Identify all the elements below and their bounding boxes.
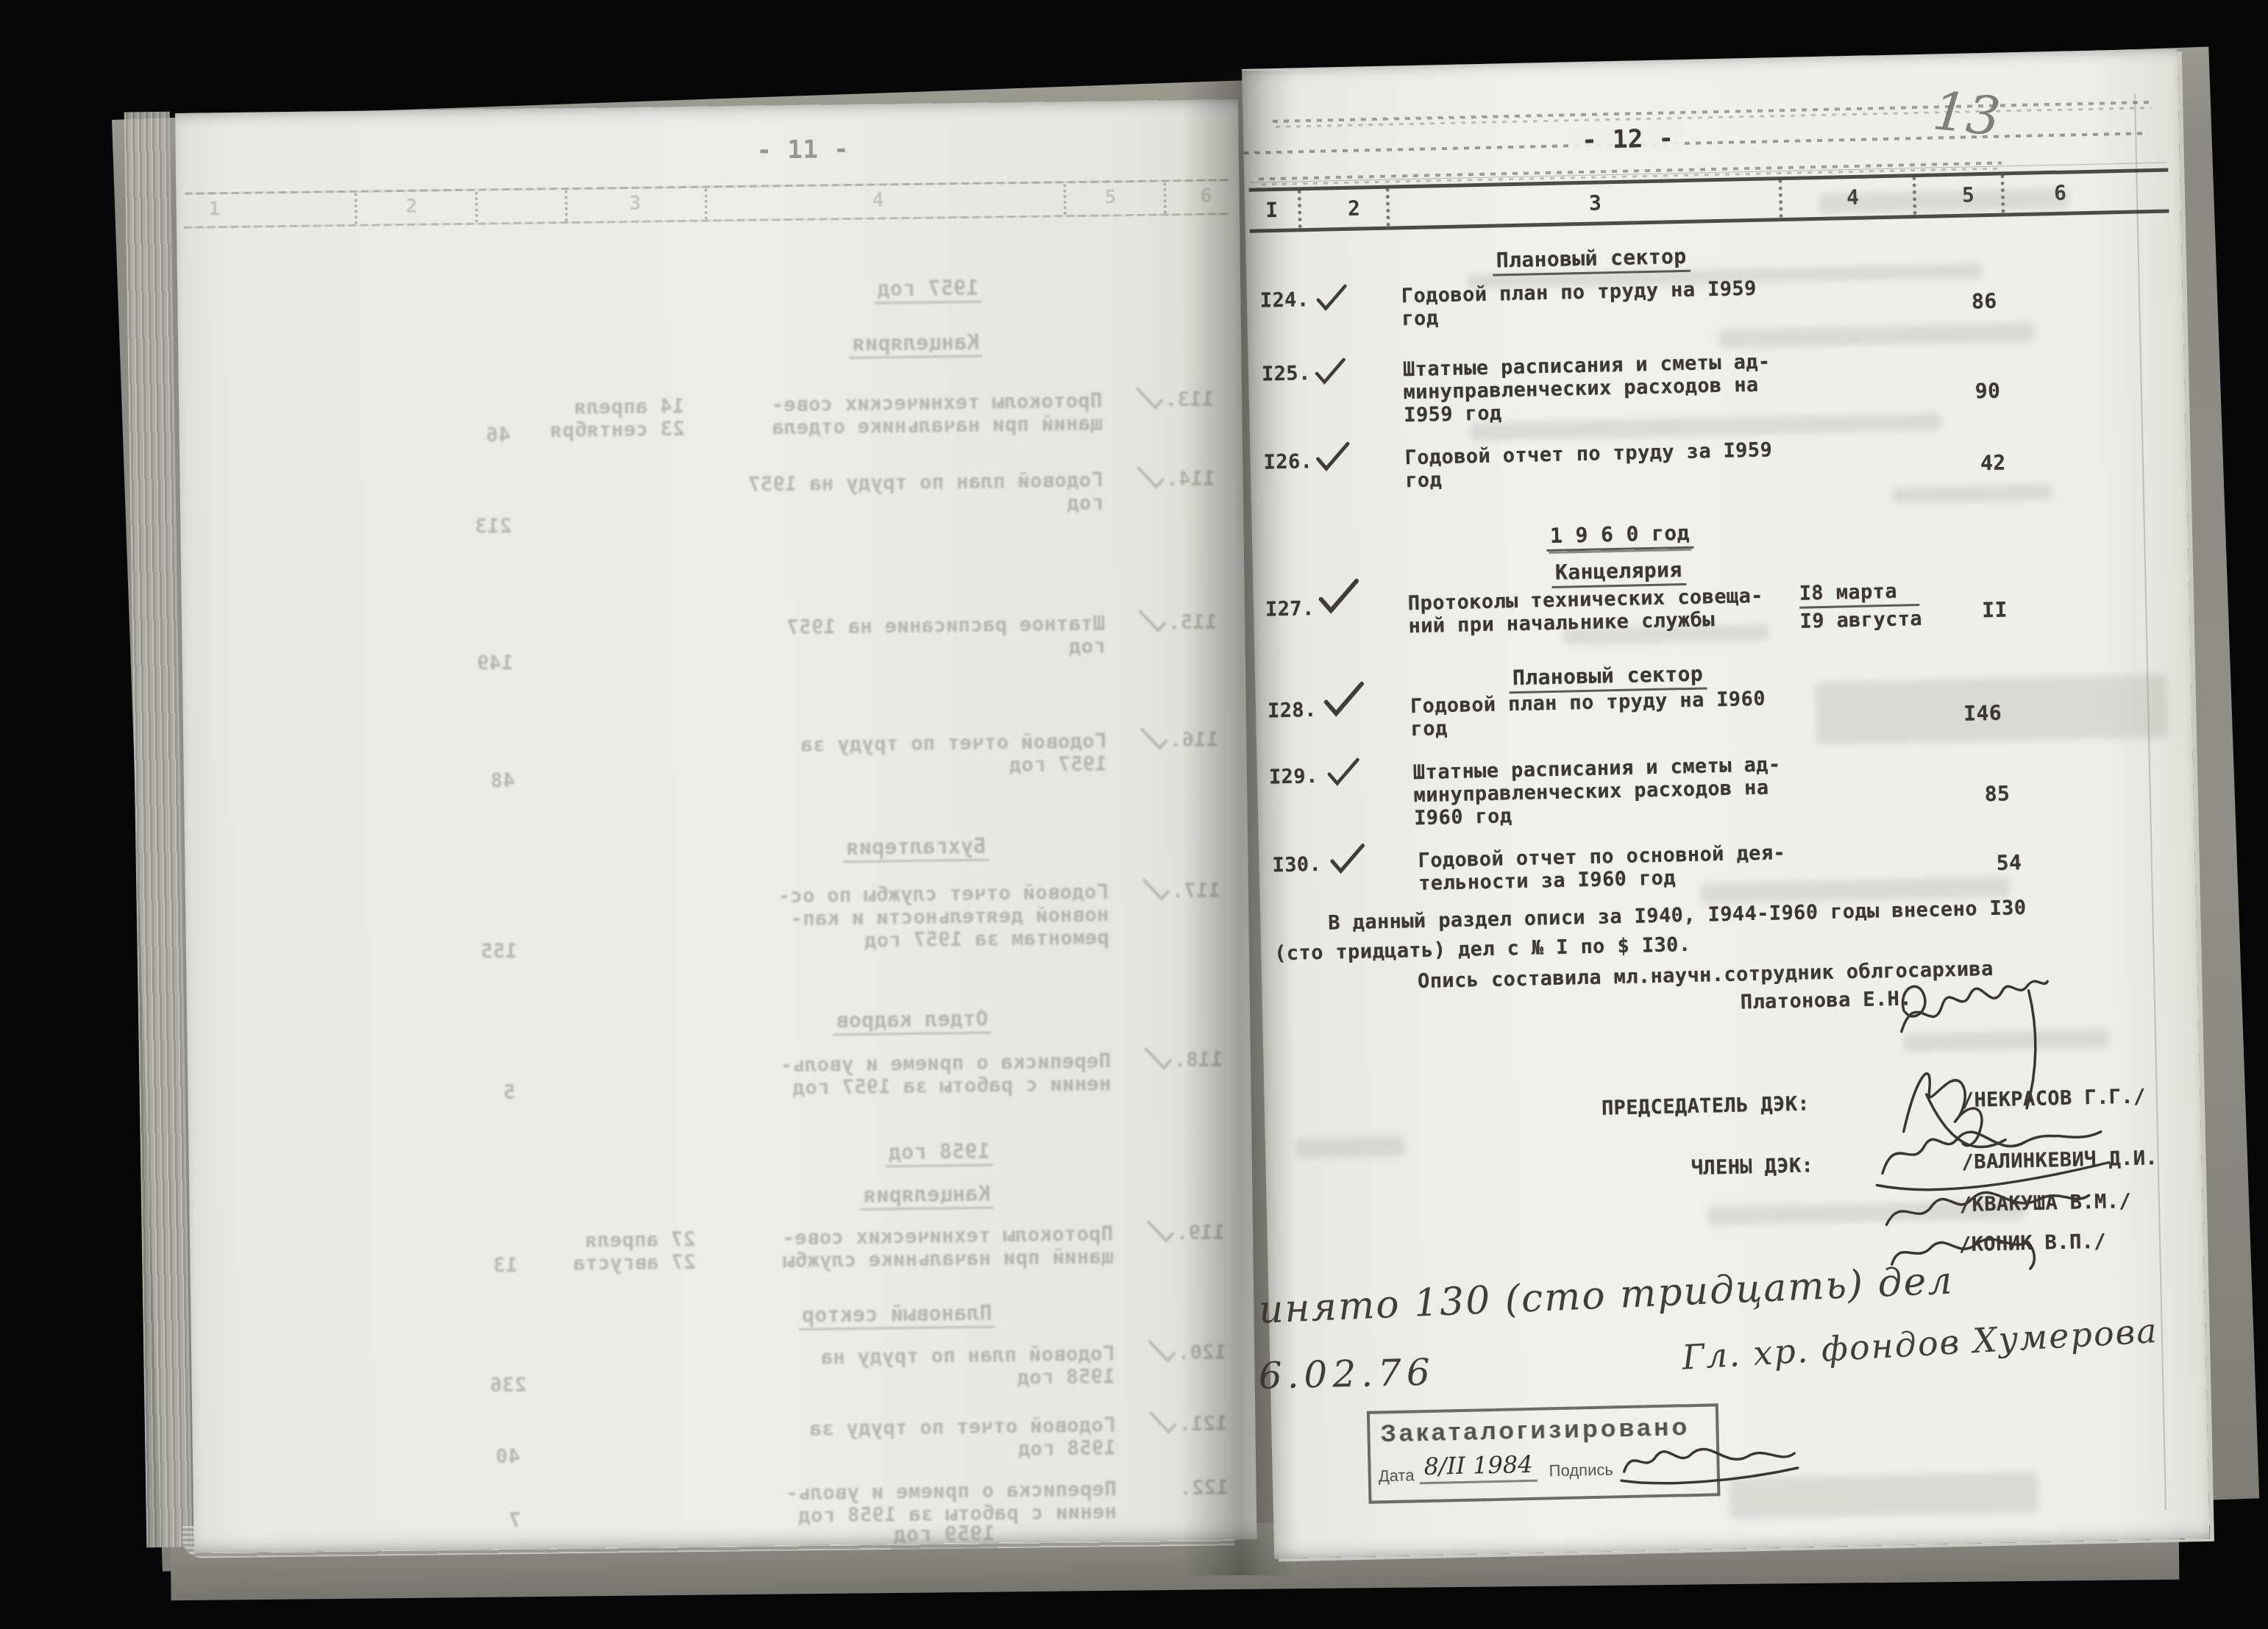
right-page-number: - 12 - — [1573, 127, 1683, 152]
ghost-entry-count: 155 — [480, 940, 517, 963]
check-mark — [1143, 1046, 1173, 1072]
book-gutter-shadow — [1181, 71, 1296, 1575]
column-header: 3 — [1589, 190, 1602, 215]
column-divider — [1778, 179, 1782, 218]
check-mark — [1318, 576, 1361, 616]
member-name: /КОНИК В.П./ — [1959, 1230, 2107, 1256]
entry-sheet-count: 85 — [1984, 782, 2010, 805]
check-mark — [1134, 385, 1164, 411]
entry-sheet-count: 42 — [1980, 451, 2006, 474]
ghost-entry-count: 46 — [486, 424, 511, 446]
ghost-entry-count: 40 — [495, 1445, 520, 1468]
ghost-entry-description: Штатное расписание на 1957 год — [693, 613, 1106, 663]
ghost-entry-count: 7 — [508, 1509, 521, 1532]
entry-description: Годовой отчет по труду за I959 год — [1404, 438, 1806, 492]
check-mark — [1137, 608, 1167, 634]
bleedthrough-smudge — [1819, 188, 2069, 214]
check-mark — [1315, 441, 1352, 472]
entry-date-over: I8 марта — [1799, 580, 1919, 609]
ghost-entry-count: 149 — [477, 652, 513, 675]
catalogued-stamp: Закаталогизировано Дата 8/II 1984 Подпис… — [1367, 1403, 1721, 1503]
check-mark — [1148, 1410, 1177, 1436]
entry-sheet-count: II — [1982, 598, 2008, 621]
stamp-date-value: 8/II 1984 — [1419, 1450, 1538, 1484]
stamp-date-label: Дата — [1379, 1466, 1415, 1486]
summary-line: В данный раздел описи за I940, I944-I960… — [1328, 897, 2027, 935]
bleedthrough-smudge — [1891, 484, 2053, 504]
entry-description: Штатные расписания и сметы ад- минуправл… — [1403, 349, 1805, 427]
typed-separator-row — [1273, 101, 2152, 129]
check-mark — [1323, 679, 1366, 719]
page-edge-line — [2134, 94, 2166, 1511]
entry-sheet-count: 86 — [1972, 290, 1997, 313]
ghost-entry-dates: 14 апреля 23 сентября — [550, 395, 685, 442]
compiler-name: Платонова Е.Н. — [1741, 987, 1913, 1013]
section-heading: Плановый сектор — [1492, 245, 1691, 277]
check-mark — [1329, 842, 1367, 875]
left-page: - 11 - 1 2 3 4 5 6 1957 год Канцелярия 1… — [175, 99, 1257, 1553]
ghost-section-heading: Канцелярия — [861, 1183, 994, 1211]
handwritten-accepted-note: инято 130 (сто тридцать) дел — [1258, 1258, 1955, 1332]
ghost-entry-description: Протоколы технических сове- щаний при на… — [701, 1222, 1114, 1273]
ghost-section-heading: Отдел кадров — [833, 1008, 992, 1036]
ghost-entry-description: Протоколы технических сове- щаний при на… — [690, 390, 1103, 441]
office-heading: Канцелярия — [1551, 558, 1686, 588]
check-mark — [1141, 877, 1170, 902]
entry-sheet-count: I46 — [1963, 702, 2002, 725]
entry-date-under: I9 августа — [1799, 607, 1922, 633]
ghost-entry-description: Годовой отчет по труду за 1957 год — [694, 730, 1107, 780]
bleedthrough-smudge — [1295, 1137, 1406, 1158]
ghost-year-heading: 1959 год — [890, 1522, 998, 1550]
ghost-section-heading: Канцелярия — [849, 331, 982, 359]
scanned-book-spread: - 11 - 1 2 3 4 5 6 1957 год Канцелярия 1… — [0, 0, 2268, 1629]
ghost-entry-count: 48 — [490, 769, 515, 792]
bleedthrough-smudge — [1718, 323, 2035, 349]
year-heading: 1 9 6 0 год — [1546, 521, 1694, 552]
ghost-entry-description: Переписка о приеме и уволь- нении с рабо… — [704, 1477, 1117, 1528]
right-page: - 12 - 13 I 2 3 4 5 6 Плановый сектор I2 — [1242, 49, 2210, 1558]
entry-description: Годовой план по труду на I960 год — [1410, 686, 1812, 741]
ghost-entry-description: Годовой отчет по труду за 1958 год — [703, 1414, 1116, 1464]
check-mark — [1147, 1339, 1176, 1364]
mirrored-setoff-text-layer: 1957 год Канцелярия 113. Протоколы техни… — [175, 99, 1257, 1553]
check-mark — [1135, 465, 1165, 491]
entry-description: Протоколы технических совеща- ний при на… — [1408, 583, 1810, 638]
member-name: /КВАКУША В.М./ — [1960, 1190, 2132, 1216]
ghost-entry-count: 5 — [503, 1081, 516, 1104]
typed-separator-row — [1243, 132, 2148, 161]
ghost-entry-description: Годовой план по труду на 1958 год — [703, 1342, 1115, 1393]
ghost-year-heading: 1958 год — [885, 1140, 993, 1168]
column-header: 2 — [1348, 196, 1361, 221]
column-divider — [1298, 190, 1302, 228]
check-mark — [1139, 726, 1168, 752]
ghost-entry-dates: 27 апреля 27 августа — [572, 1228, 695, 1275]
check-mark — [1315, 357, 1348, 385]
ghost-entry-description: Переписка о приеме и уволь- нении с рабо… — [699, 1049, 1112, 1100]
stamp-signature — [1618, 1436, 1802, 1491]
ghost-section-heading: Плановый сектор — [798, 1302, 995, 1330]
column-divider — [1386, 188, 1390, 227]
ghost-section-heading: Бухгалтерия — [843, 835, 989, 863]
entry-sheet-count: 54 — [1996, 851, 2022, 874]
ghost-entry-count: 236 — [490, 1374, 527, 1397]
pencil-folio-annotation: 13 — [1930, 79, 2004, 148]
members-label: ЧЛЕНЫ ДЭК: — [1691, 1154, 1813, 1180]
entry-description: Годовой отчет по основной дея- тельности… — [1418, 841, 1819, 895]
check-mark — [1315, 283, 1348, 312]
entry-sheet-count: 90 — [1974, 379, 2000, 403]
ghost-entry-description: Годовой отчет службы по ос- новной деяте… — [697, 880, 1109, 954]
check-mark — [1145, 1219, 1175, 1244]
entry-description: Штатные расписания и сметы ад- минуправл… — [1413, 752, 1816, 830]
ghost-entry-description: Годовой план по труду на 1957 год — [691, 469, 1103, 520]
member-name: /ВАЛИНКЕВИЧ Д.И. — [1961, 1147, 2158, 1174]
handwritten-keeper-signature: Гл. хр. фондов Хумерова — [1681, 1311, 2159, 1377]
chairman-label: ПРЕДСЕДАТЕЛЬ ДЭК: — [1602, 1092, 1810, 1119]
stamp-sign-label: Подпись — [1549, 1460, 1613, 1480]
ghost-entry-count: 213 — [474, 515, 511, 538]
ghost-year-heading: 1957 год — [874, 277, 982, 304]
summary-line: (сто тридцать) дел с № I по $ I30. — [1274, 933, 1691, 965]
check-mark — [1326, 757, 1362, 787]
entry-description: Годовой план по труду на I959 год — [1401, 276, 1802, 330]
ghost-entry-count: 13 — [493, 1254, 518, 1277]
